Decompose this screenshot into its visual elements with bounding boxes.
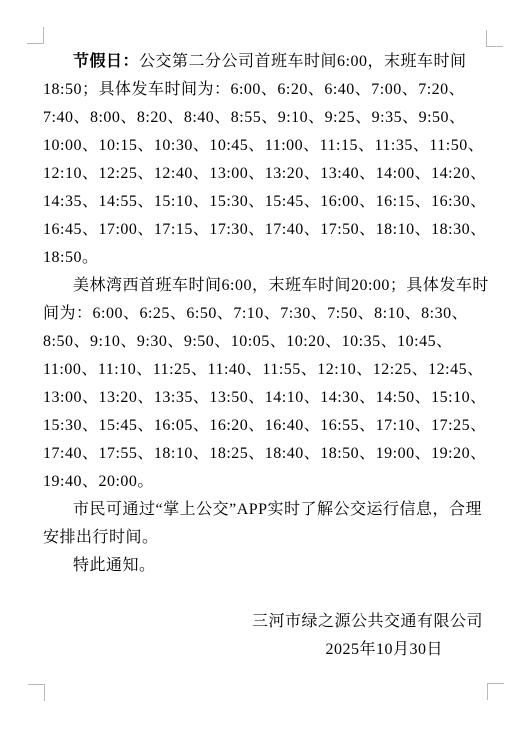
text-run: 间为：6:00、6:25、6:50、7:10、7:30、7:50、8:10、8:… <box>43 305 468 322</box>
meilinwan-schedule-line: 8:50、9:10、9:30、9:50、10:05、10:20、10:35、10… <box>43 328 487 356</box>
bold-run: 节假日： <box>73 53 139 70</box>
holiday-schedule-line: 节假日：公交第二分公司首班车时间6:00，末班车时间 <box>43 48 487 76</box>
text-run: 16:45、17:00、17:15、17:30、17:40、17:50、18:1… <box>43 221 487 238</box>
holiday-schedule-line: 18:50；具体发车时间为：6:00、6:20、6:40、7:00、7:20、 <box>43 76 487 104</box>
text-run: 14:35、14:55、15:10、15:30、15:45、16:00、16:1… <box>43 193 487 210</box>
holiday-schedule-line: 7:40、8:00、8:20、8:40、8:55、9:10、9:25、9:35、… <box>43 104 487 132</box>
text-run: 2025年10月30日 <box>325 641 443 658</box>
meilinwan-schedule-line: 19:40、20:00。 <box>43 468 487 496</box>
closing-line: 特此通知。 <box>43 552 487 580</box>
holiday-schedule-line: 10:00、10:15、10:30、10:45、11:00、11:15、11:3… <box>43 132 487 160</box>
text-run: 三河市绿之源公共交通有限公司 <box>252 613 483 630</box>
text-run: 18:50；具体发车时间为：6:00、6:20、6:40、7:00、7:20、 <box>43 81 465 98</box>
meilinwan-schedule-line: 17:40、17:55、18:10、18:25、18:40、18:50、19:0… <box>43 440 487 468</box>
meilinwan-schedule-line: 15:30、15:45、16:05、16:20、16:40、16:55、17:1… <box>43 412 487 440</box>
text-run: 市民可通过“掌上公交”APP实时了解公交运行信息，合理 <box>73 501 482 518</box>
text-run: 安排出行时间。 <box>43 529 159 546</box>
document-page: 节假日：公交第二分公司首班车时间6:00，末班车时间18:50；具体发车时间为：… <box>0 0 525 736</box>
crop-mark-top-right <box>486 30 503 47</box>
blank-line <box>43 580 487 608</box>
app-notice-line: 市民可通过“掌上公交”APP实时了解公交运行信息，合理 <box>43 496 487 524</box>
meilinwan-schedule-line: 间为：6:00、6:25、6:50、7:10、7:30、7:50、8:10、8:… <box>43 300 487 328</box>
holiday-schedule-line: 18:50。 <box>43 244 487 272</box>
text-run: 7:40、8:00、8:20、8:40、8:55、9:10、9:25、9:35、… <box>43 109 466 126</box>
text-run: 特此通知。 <box>73 557 156 574</box>
text-run: 10:00、10:15、10:30、10:45、11:00、11:15、11:3… <box>43 137 484 154</box>
app-notice-line: 安排出行时间。 <box>43 524 487 552</box>
meilinwan-schedule-line: 13:00、13:20、13:35、13:50、14:10、14:30、14:5… <box>43 384 487 412</box>
meilinwan-schedule-line: 11:00、11:10、11:25、11:40、11:55、12:10、12:2… <box>43 356 487 384</box>
signature-company: 三河市绿之源公共交通有限公司 <box>43 608 487 636</box>
text-run: 19:40、20:00。 <box>43 473 154 490</box>
holiday-schedule-line: 12:10、12:25、12:40、13:00、13:20、13:40、14:0… <box>43 160 487 188</box>
holiday-schedule-line: 16:45、17:00、17:15、17:30、17:40、17:50、18:1… <box>43 216 487 244</box>
text-run: 公交第二分公司首班车时间6:00，末班车时间 <box>139 53 466 70</box>
text-run: 13:00、13:20、13:35、13:50、14:10、14:30、14:5… <box>43 389 487 406</box>
text-run: 17:40、17:55、18:10、18:25、18:40、18:50、19:0… <box>43 445 487 462</box>
text-run: 12:10、12:25、12:40、13:00、13:20、13:40、14:0… <box>43 165 487 182</box>
crop-mark-bottom-left <box>28 684 45 701</box>
text-run: 11:00、11:10、11:25、11:40、11:55、12:10、12:2… <box>43 361 484 378</box>
text-run: 15:30、15:45、16:05、16:20、16:40、16:55、17:1… <box>43 417 487 434</box>
signature-date: 2025年10月30日 <box>43 636 487 664</box>
document-body: 节假日：公交第二分公司首班车时间6:00，末班车时间18:50；具体发车时间为：… <box>43 43 487 664</box>
meilinwan-schedule-line: 美林湾西首班车时间6:00，末班车时间20:00；具体发车时 <box>43 272 487 300</box>
text-run: 8:50、9:10、9:30、9:50、10:05、10:20、10:35、10… <box>43 333 453 350</box>
crop-mark-top-left <box>27 27 44 44</box>
crop-mark-bottom-right <box>487 683 504 700</box>
text-run: 美林湾西首班车时间6:00，末班车时间20:00；具体发车时 <box>73 277 489 294</box>
text-run: 18:50。 <box>43 249 98 266</box>
holiday-schedule-line: 14:35、14:55、15:10、15:30、15:45、16:00、16:1… <box>43 188 487 216</box>
